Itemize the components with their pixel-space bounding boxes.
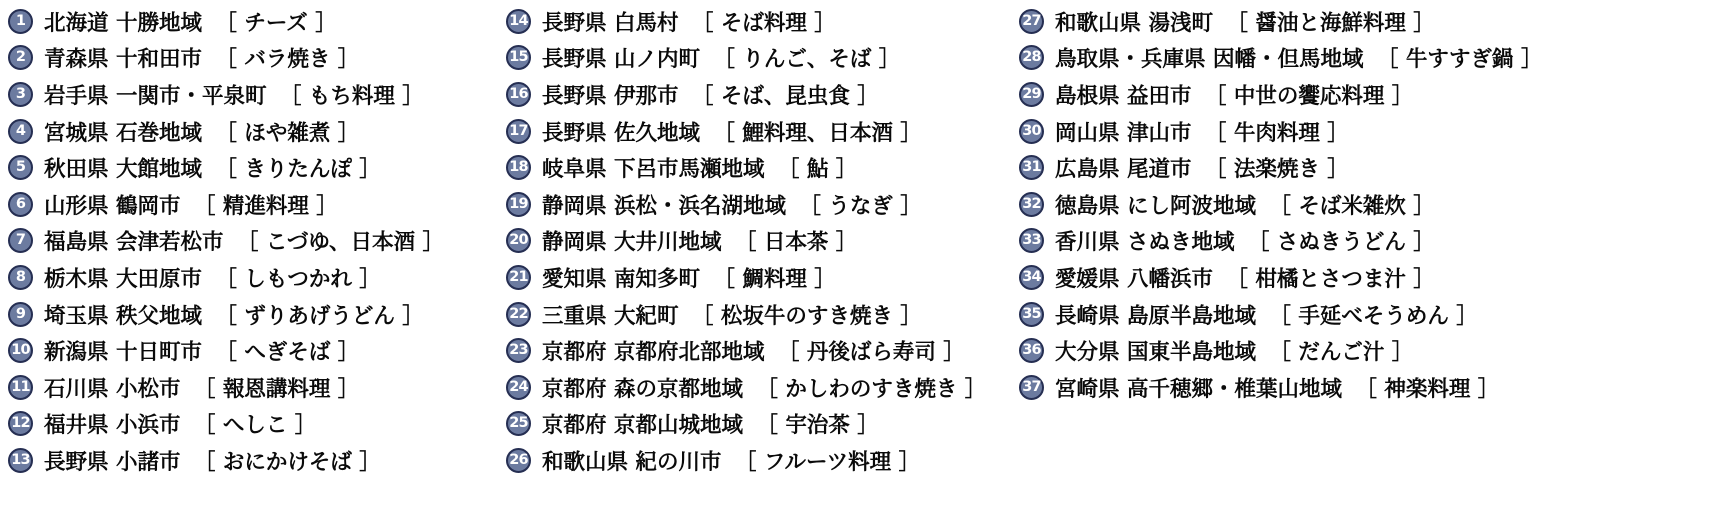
item-number-badge: 12 <box>8 411 33 436</box>
item-dish: ［ 法楽焼き ］ <box>1205 152 1349 183</box>
list-item: 26 和歌山県 紀の川市 ［ フルーツ料理 ］ <box>506 442 986 479</box>
column-1: 1 北海道 十勝地域 ［ チーズ ］ 2 青森県 十和田市 ［ バラ焼き ］ 3… <box>8 3 444 479</box>
list-item: 17 長野県 佐久地域 ［ 鯉料理、日本酒 ］ <box>506 113 986 150</box>
column-3: 27 和歌山県 湯浅町 ［ 醤油と海鮮料理 ］ 28 鳥取県・兵庫県 因幡・但馬… <box>1019 3 1543 406</box>
item-region: 岡山県 津山市 <box>1055 116 1192 147</box>
item-number-badge: 5 <box>8 155 33 180</box>
list-item: 4 宮城県 石巻地域 ［ ほや雑煮 ］ <box>8 113 444 150</box>
item-dish: ［ しもつかれ ］ <box>215 262 380 293</box>
list-item: 7 福島県 会津若松市 ［ こづゆ、日本酒 ］ <box>8 223 444 260</box>
item-dish: ［ 日本茶 ］ <box>735 225 857 256</box>
list-item: 10 新潟県 十日町市 ［ へぎそば ］ <box>8 332 444 369</box>
item-dish: ［ 神楽料理 ］ <box>1355 372 1499 403</box>
item-region: 新潟県 十日町市 <box>44 335 202 366</box>
item-region: 石川県 小松市 <box>44 372 181 403</box>
item-region: 香川県 さぬき地域 <box>1055 225 1235 256</box>
item-dish: ［ ほや雑煮 ］ <box>215 116 359 147</box>
item-region: 愛知県 南知多町 <box>542 262 700 293</box>
item-dish: ［ 松坂牛のすき焼き ］ <box>692 299 922 330</box>
item-dish: ［ 醤油と海鮮料理 ］ <box>1226 6 1434 37</box>
item-dish: ［ 丹後ばら寿司 ］ <box>778 335 965 366</box>
item-number-badge: 28 <box>1019 45 1044 70</box>
item-number-badge: 6 <box>8 192 33 217</box>
item-region: 大分県 国東半島地域 <box>1055 335 1256 366</box>
item-region: 長野県 白馬村 <box>542 6 679 37</box>
item-number-badge: 35 <box>1019 302 1044 327</box>
item-dish: ［ りんご、そば ］ <box>713 42 900 73</box>
list-item: 15 長野県 山ノ内町 ［ りんご、そば ］ <box>506 40 986 77</box>
list-item: 11 石川県 小松市 ［ 報恩講料理 ］ <box>8 369 444 406</box>
item-number-badge: 22 <box>506 302 531 327</box>
item-number-badge: 31 <box>1019 155 1044 180</box>
item-dish: ［ 柑橘とさつま汁 ］ <box>1226 262 1434 293</box>
item-region: 静岡県 浜松・浜名湖地域 <box>542 189 786 220</box>
item-region: 長野県 小諸市 <box>44 445 181 476</box>
item-region: 和歌山県 紀の川市 <box>542 445 722 476</box>
item-region: 青森県 十和田市 <box>44 42 202 73</box>
item-number-badge: 8 <box>8 265 33 290</box>
item-number-badge: 13 <box>8 448 33 473</box>
item-number-badge: 15 <box>506 45 531 70</box>
list-item: 34 愛媛県 八幡浜市 ［ 柑橘とさつま汁 ］ <box>1019 259 1543 296</box>
list-item: 36 大分県 国東半島地域 ［ だんご汁 ］ <box>1019 332 1543 369</box>
item-number-badge: 36 <box>1019 338 1044 363</box>
item-region: 秋田県 大館地域 <box>44 152 202 183</box>
list-item: 5 秋田県 大館地域 ［ きりたんぽ ］ <box>8 149 444 186</box>
list-item: 24 京都府 森の京都地域 ［ かしわのすき焼き ］ <box>506 369 986 406</box>
item-dish: ［ 精進料理 ］ <box>194 189 338 220</box>
item-dish: ［ へぎそば ］ <box>215 335 359 366</box>
item-dish: ［ 手延べそうめん ］ <box>1269 299 1477 330</box>
item-region: 福井県 小浜市 <box>44 408 181 439</box>
item-number-badge: 9 <box>8 302 33 327</box>
list-item: 18 岐阜県 下呂市馬瀬地域 ［ 鮎 ］ <box>506 149 986 186</box>
list-item: 22 三重県 大紀町 ［ 松坂牛のすき焼き ］ <box>506 296 986 333</box>
item-region: 鳥取県・兵庫県 因幡・但馬地域 <box>1055 42 1364 73</box>
list-item: 20 静岡県 大井川地域 ［ 日本茶 ］ <box>506 223 986 260</box>
item-dish: ［ 鯛料理 ］ <box>713 262 835 293</box>
item-region: 宮崎県 高千穂郷・椎葉山地域 <box>1055 372 1342 403</box>
item-region: 埼玉県 秩父地域 <box>44 299 202 330</box>
item-number-badge: 32 <box>1019 192 1044 217</box>
item-region: 徳島県 にし阿波地域 <box>1055 189 1256 220</box>
item-number-badge: 1 <box>8 9 33 34</box>
item-number-badge: 10 <box>8 338 33 363</box>
list-item: 31 広島県 尾道市 ［ 法楽焼き ］ <box>1019 149 1543 186</box>
item-dish: ［ 報恩講料理 ］ <box>194 372 359 403</box>
item-region: 京都府 京都府北部地域 <box>542 335 765 366</box>
list-item: 6 山形県 鶴岡市 ［ 精進料理 ］ <box>8 186 444 223</box>
list-item: 1 北海道 十勝地域 ［ チーズ ］ <box>8 3 444 40</box>
item-number-badge: 17 <box>506 119 531 144</box>
list-item: 32 徳島県 にし阿波地域 ［ そば米雑炊 ］ <box>1019 186 1543 223</box>
item-number-badge: 20 <box>506 228 531 253</box>
item-region: 長野県 佐久地域 <box>542 116 700 147</box>
list-item: 33 香川県 さぬき地域 ［ さぬきうどん ］ <box>1019 223 1543 260</box>
item-dish: ［ そば料理 ］ <box>692 6 836 37</box>
item-dish: ［ きりたんぽ ］ <box>215 152 380 183</box>
list-item: 16 長野県 伊那市 ［ そば、昆虫食 ］ <box>506 76 986 113</box>
item-number-badge: 16 <box>506 82 531 107</box>
item-region: 広島県 尾道市 <box>1055 152 1192 183</box>
item-dish: ［ 牛肉料理 ］ <box>1205 116 1349 147</box>
list-item: 28 鳥取県・兵庫県 因幡・但馬地域 ［ 牛すすぎ鍋 ］ <box>1019 40 1543 77</box>
list-item: 21 愛知県 南知多町 ［ 鯛料理 ］ <box>506 259 986 296</box>
item-number-badge: 11 <box>8 375 33 400</box>
item-dish: ［ だんご汁 ］ <box>1269 335 1413 366</box>
list-item: 29 島根県 益田市 ［ 中世の饗応料理 ］ <box>1019 76 1543 113</box>
item-number-badge: 14 <box>506 9 531 34</box>
item-region: 長野県 伊那市 <box>542 79 679 110</box>
list-item: 12 福井県 小浜市 ［ へしこ ］ <box>8 406 444 443</box>
item-dish: ［ おにかけそば ］ <box>194 445 381 476</box>
item-region: 愛媛県 八幡浜市 <box>1055 262 1213 293</box>
item-dish: ［ 鮎 ］ <box>778 152 857 183</box>
item-number-badge: 34 <box>1019 265 1044 290</box>
item-number-badge: 4 <box>8 119 33 144</box>
list-item: 14 長野県 白馬村 ［ そば料理 ］ <box>506 3 986 40</box>
list-item: 13 長野県 小諸市 ［ おにかけそば ］ <box>8 442 444 479</box>
item-dish: ［ 宇治茶 ］ <box>756 408 878 439</box>
item-dish: ［ さぬきうどん ］ <box>1248 225 1435 256</box>
item-dish: ［ チーズ ］ <box>215 6 336 37</box>
item-region: 栃木県 大田原市 <box>44 262 202 293</box>
regional-food-list: 1 北海道 十勝地域 ［ チーズ ］ 2 青森県 十和田市 ［ バラ焼き ］ 3… <box>0 3 1723 516</box>
item-number-badge: 24 <box>506 375 531 400</box>
item-dish: ［ こづゆ、日本酒 ］ <box>237 225 444 256</box>
list-item: 3 岩手県 一関市・平泉町 ［ もち料理 ］ <box>8 76 444 113</box>
item-region: 宮城県 石巻地域 <box>44 116 202 147</box>
item-region: 山形県 鶴岡市 <box>44 189 181 220</box>
item-number-badge: 19 <box>506 192 531 217</box>
list-item: 8 栃木県 大田原市 ［ しもつかれ ］ <box>8 259 444 296</box>
item-dish: ［ うなぎ ］ <box>799 189 921 220</box>
list-item: 19 静岡県 浜松・浜名湖地域 ［ うなぎ ］ <box>506 186 986 223</box>
item-number-badge: 23 <box>506 338 531 363</box>
item-number-badge: 18 <box>506 155 531 180</box>
item-dish: ［ そば米雑炊 ］ <box>1269 189 1434 220</box>
item-dish: ［ バラ焼き ］ <box>215 42 359 73</box>
list-item: 2 青森県 十和田市 ［ バラ焼き ］ <box>8 40 444 77</box>
list-item: 9 埼玉県 秩父地域 ［ ずりあげうどん ］ <box>8 296 444 333</box>
item-dish: ［ ずりあげうどん ］ <box>215 299 423 330</box>
item-region: 和歌山県 湯浅町 <box>1055 6 1213 37</box>
item-region: 長野県 山ノ内町 <box>542 42 700 73</box>
item-dish: ［ そば、昆虫食 ］ <box>692 79 879 110</box>
item-region: 京都府 京都山城地域 <box>542 408 743 439</box>
item-region: 島根県 益田市 <box>1055 79 1192 110</box>
item-dish: ［ フルーツ料理 ］ <box>735 445 920 476</box>
list-item: 25 京都府 京都山城地域 ［ 宇治茶 ］ <box>506 406 986 443</box>
item-dish: ［ 中世の饗応料理 ］ <box>1205 79 1413 110</box>
item-region: 京都府 森の京都地域 <box>542 372 743 403</box>
item-region: 福島県 会津若松市 <box>44 225 224 256</box>
item-number-badge: 21 <box>506 265 531 290</box>
list-item: 23 京都府 京都府北部地域 ［ 丹後ばら寿司 ］ <box>506 332 986 369</box>
list-item: 27 和歌山県 湯浅町 ［ 醤油と海鮮料理 ］ <box>1019 3 1543 40</box>
item-number-badge: 27 <box>1019 9 1044 34</box>
item-number-badge: 30 <box>1019 119 1044 144</box>
list-item: 35 長崎県 島原半島地域 ［ 手延べそうめん ］ <box>1019 296 1543 333</box>
item-dish: ［ かしわのすき焼き ］ <box>756 372 986 403</box>
item-number-badge: 29 <box>1019 82 1044 107</box>
list-item: 30 岡山県 津山市 ［ 牛肉料理 ］ <box>1019 113 1543 150</box>
item-number-badge: 33 <box>1019 228 1044 253</box>
item-dish: ［ 牛すすぎ鍋 ］ <box>1377 42 1543 73</box>
item-number-badge: 37 <box>1019 375 1044 400</box>
item-number-badge: 3 <box>8 82 33 107</box>
item-region: 三重県 大紀町 <box>542 299 679 330</box>
item-number-badge: 7 <box>8 228 33 253</box>
item-number-badge: 26 <box>506 448 531 473</box>
item-dish: ［ へしこ ］ <box>194 408 316 439</box>
item-region: 北海道 十勝地域 <box>44 6 202 37</box>
item-region: 岩手県 一関市・平泉町 <box>44 79 267 110</box>
item-region: 岐阜県 下呂市馬瀬地域 <box>542 152 765 183</box>
item-number-badge: 2 <box>8 45 33 70</box>
list-item: 37 宮崎県 高千穂郷・椎葉山地域 ［ 神楽料理 ］ <box>1019 369 1543 406</box>
item-number-badge: 25 <box>506 411 531 436</box>
item-region: 静岡県 大井川地域 <box>542 225 722 256</box>
column-2: 14 長野県 白馬村 ［ そば料理 ］ 15 長野県 山ノ内町 ［ りんご、そば… <box>506 3 986 479</box>
item-dish: ［ 鯉料理、日本酒 ］ <box>713 116 921 147</box>
item-dish: ［ もち料理 ］ <box>280 79 424 110</box>
item-region: 長崎県 島原半島地域 <box>1055 299 1256 330</box>
